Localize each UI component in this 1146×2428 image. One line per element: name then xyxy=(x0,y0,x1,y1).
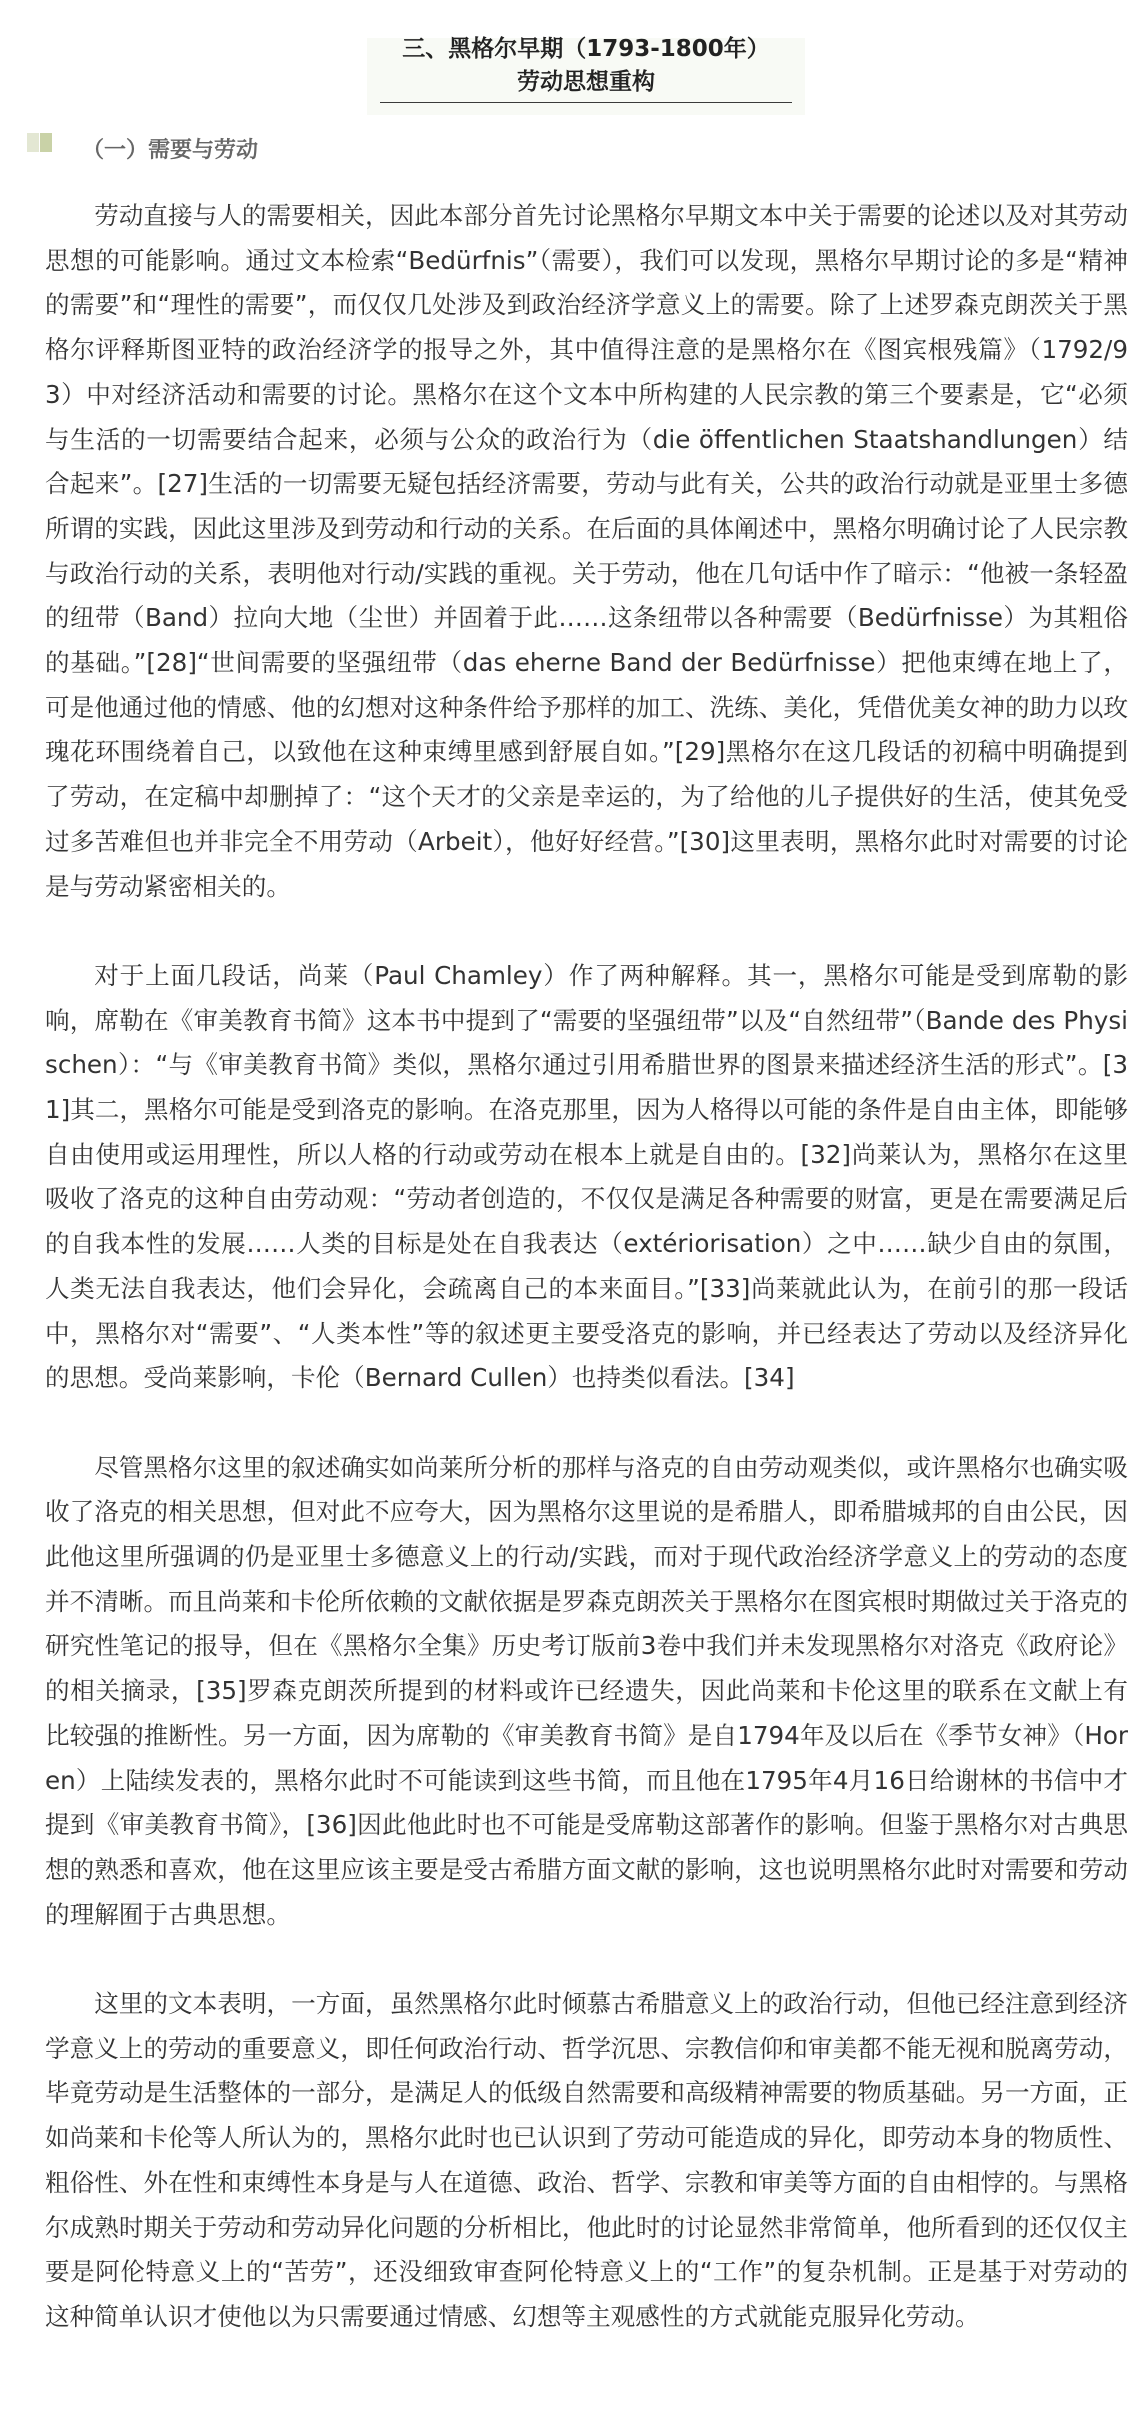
section-heading-text: （一）需要与劳动 xyxy=(82,138,258,164)
section-marker-icon-light xyxy=(27,133,39,152)
paragraph-1: 劳动直接与人的需要相关，因此本部分首先讨论黑格尔早期文本中关于需要的论述以及对其… xyxy=(45,194,1128,909)
title-underline-divider xyxy=(380,102,792,103)
paragraph-3: 尽管黑格尔这里的叙述确实如尚莱所分析的那样与洛克的自由劳动观类似，或许黑格尔也确… xyxy=(45,1446,1128,1938)
section-marker-icon-dark xyxy=(40,133,52,152)
paragraph-2: 对于上面几段话，尚莱（Paul Chamley）作了两种解释。其一，黑格尔可能是… xyxy=(45,954,1128,1401)
chapter-title-line-2: 劳动思想重构 xyxy=(367,67,805,97)
chapter-title-box: 三、黑格尔早期（1793-1800年） 劳动思想重构 xyxy=(367,38,805,115)
paragraph-4: 这里的文本表明，一方面，虽然黑格尔此时倾慕古希腊意义上的政治行动，但他已经注意到… xyxy=(45,1982,1128,2340)
article-body: 劳动直接与人的需要相关，因此本部分首先讨论黑格尔早期文本中关于需要的论述以及对其… xyxy=(45,194,1128,2384)
chapter-title-line-1: 三、黑格尔早期（1793-1800年） xyxy=(367,34,805,64)
